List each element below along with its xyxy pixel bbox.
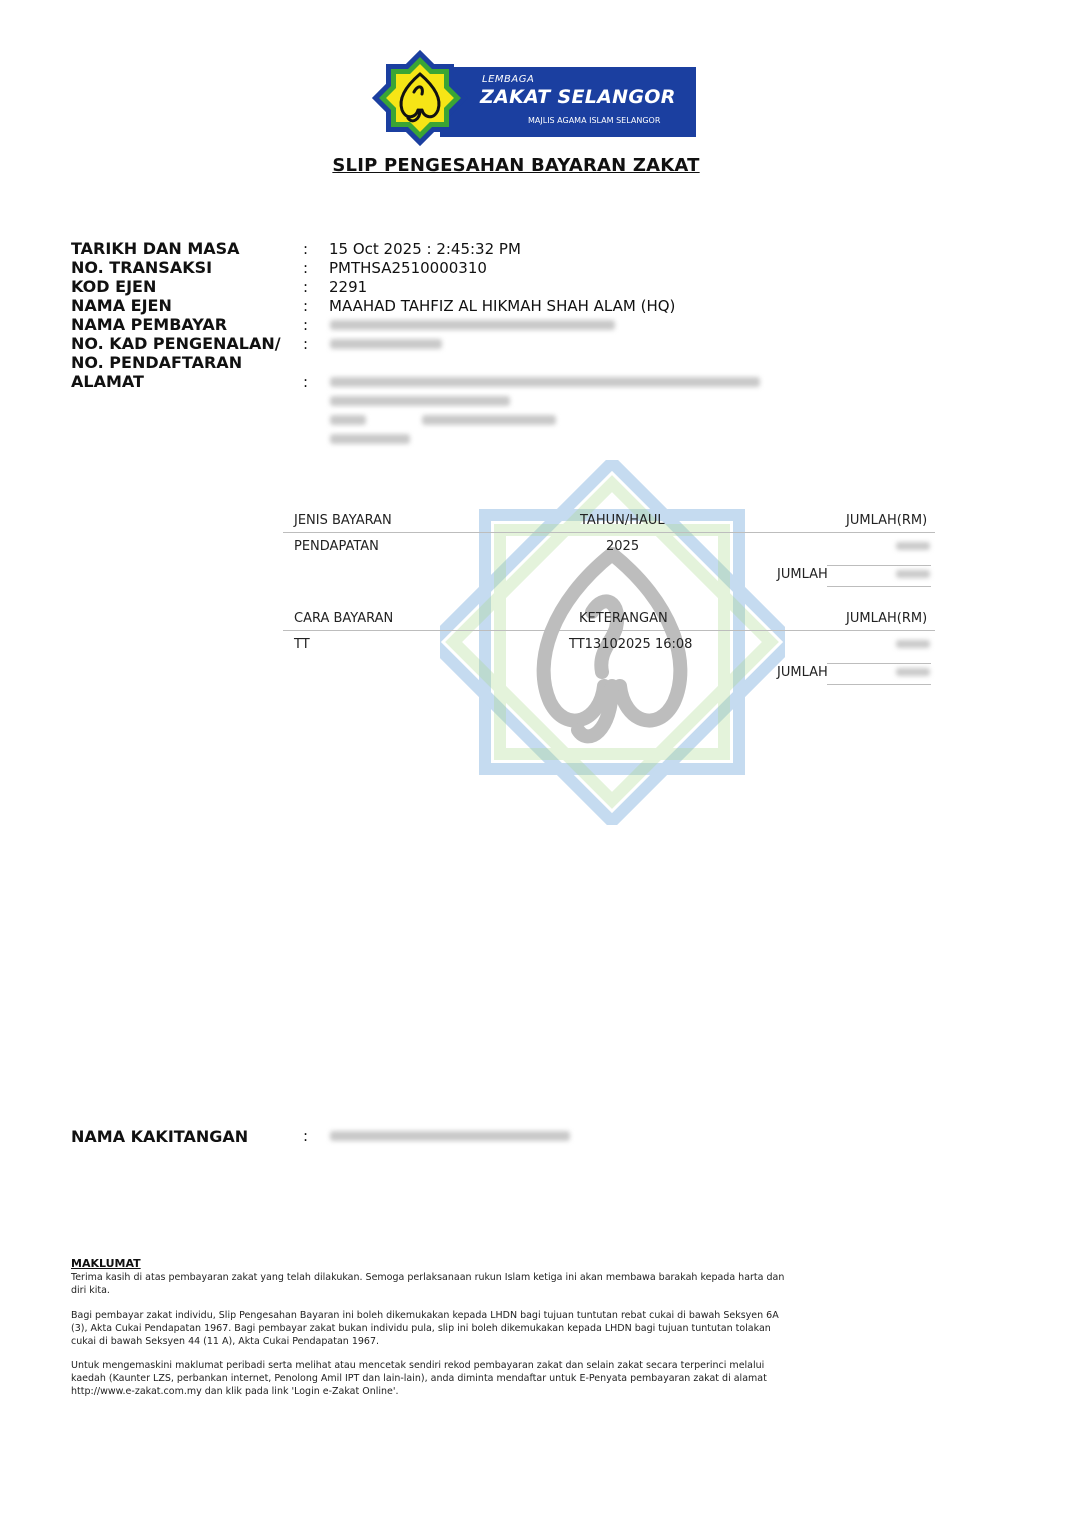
- cell-tahun-haul: 2025: [606, 539, 639, 555]
- redacted-amount: [896, 542, 930, 550]
- redacted-nama-pembayar: [330, 320, 615, 330]
- separator: :: [303, 240, 308, 259]
- header-jumlah-rm: JUMLAH(RM): [846, 611, 927, 627]
- label-kod-ejen: KOD EJEN: [71, 277, 156, 296]
- total-label: JUMLAH: [777, 567, 828, 583]
- page-title: SLIP PENGESAHAN BAYARAN ZAKAT: [0, 155, 1032, 176]
- label-alamat: ALAMAT: [71, 372, 144, 391]
- header-divider: [283, 630, 935, 631]
- label-no-pendaftaran: NO. PENDAFTARAN: [71, 353, 242, 372]
- separator: :: [303, 259, 308, 278]
- header-jumlah-rm: JUMLAH(RM): [846, 513, 927, 529]
- redacted-alamat-line-2: [330, 396, 510, 406]
- separator: :: [303, 278, 308, 297]
- total-label: JUMLAH: [777, 665, 828, 681]
- total-bottom-rule: [827, 684, 931, 685]
- maklumat-paragraph-3: Untuk mengemaskini maklumat peribadi ser…: [71, 1359, 791, 1398]
- maklumat-paragraph-1: Terima kasih di atas pembayaran zakat ya…: [71, 1271, 791, 1297]
- separator: :: [303, 335, 308, 354]
- cell-cara-bayaran: TT: [294, 637, 310, 653]
- separator: :: [303, 373, 308, 392]
- label-nama-kakitangan: NAMA KAKITANGAN: [71, 1127, 248, 1146]
- header-keterangan: KETERANGAN: [579, 611, 668, 627]
- redacted-alamat-state: [330, 434, 410, 444]
- total-top-rule: [827, 565, 931, 566]
- header-cara-bayaran: CARA BAYARAN: [294, 611, 393, 627]
- total-top-rule: [827, 663, 931, 664]
- redacted-amount: [896, 640, 930, 648]
- redacted-alamat-line-1: [330, 377, 760, 387]
- label-tarikh-dan-masa: TARIKH DAN MASA: [71, 239, 240, 258]
- separator: :: [303, 316, 308, 335]
- maklumat-heading: MAKLUMAT: [71, 1257, 141, 1270]
- value-nama-ejen: MAAHAD TAHFIZ AL HIKMAH SHAH ALAM (HQ): [329, 297, 675, 316]
- value-no-transaksi: PMTHSA2510000310: [329, 259, 487, 278]
- total-bottom-rule: [827, 586, 931, 587]
- label-no-kad-pengenalan: NO. KAD PENGENALAN/: [71, 334, 281, 353]
- redacted-total-amount: [896, 668, 930, 676]
- logo-line-zakat-selangor: ZAKAT SELANGOR: [480, 86, 676, 108]
- label-no-transaksi: NO. TRANSAKSI: [71, 258, 212, 277]
- header-divider: [283, 532, 935, 533]
- redacted-total-amount: [896, 570, 930, 578]
- cell-keterangan: TT13102025 16:08: [569, 637, 692, 653]
- separator: :: [303, 1127, 308, 1145]
- redacted-no-kad-pengenalan: [330, 339, 442, 349]
- separator: :: [303, 297, 308, 316]
- value-tarikh-dan-masa: 15 Oct 2025 : 2:45:32 PM: [329, 240, 521, 259]
- header-jenis-bayaran: JENIS BAYARAN: [294, 513, 392, 529]
- logo-line-lembaga: LEMBAGA: [482, 74, 534, 85]
- redacted-nama-kakitangan: [330, 1131, 570, 1141]
- header-tahun-haul: TAHUN/HAUL: [580, 513, 665, 529]
- logo-line-majlis: MAJLIS AGAMA ISLAM SELANGOR: [528, 116, 660, 125]
- value-kod-ejen: 2291: [329, 278, 367, 297]
- zakat-selangor-logo: LEMBAGA ZAKAT SELANGOR MAJLIS AGAMA ISLA…: [368, 46, 698, 146]
- redacted-alamat-postcode: [330, 415, 366, 425]
- label-nama-pembayar: NAMA PEMBAYAR: [71, 315, 227, 334]
- maklumat-paragraph-2: Bagi pembayar zakat individu, Slip Penge…: [71, 1309, 791, 1348]
- zakat-star-emblem-icon: [368, 46, 472, 150]
- redacted-alamat-city: [422, 415, 556, 425]
- label-nama-ejen: NAMA EJEN: [71, 296, 172, 315]
- cell-jenis-bayaran: PENDAPATAN: [294, 539, 379, 555]
